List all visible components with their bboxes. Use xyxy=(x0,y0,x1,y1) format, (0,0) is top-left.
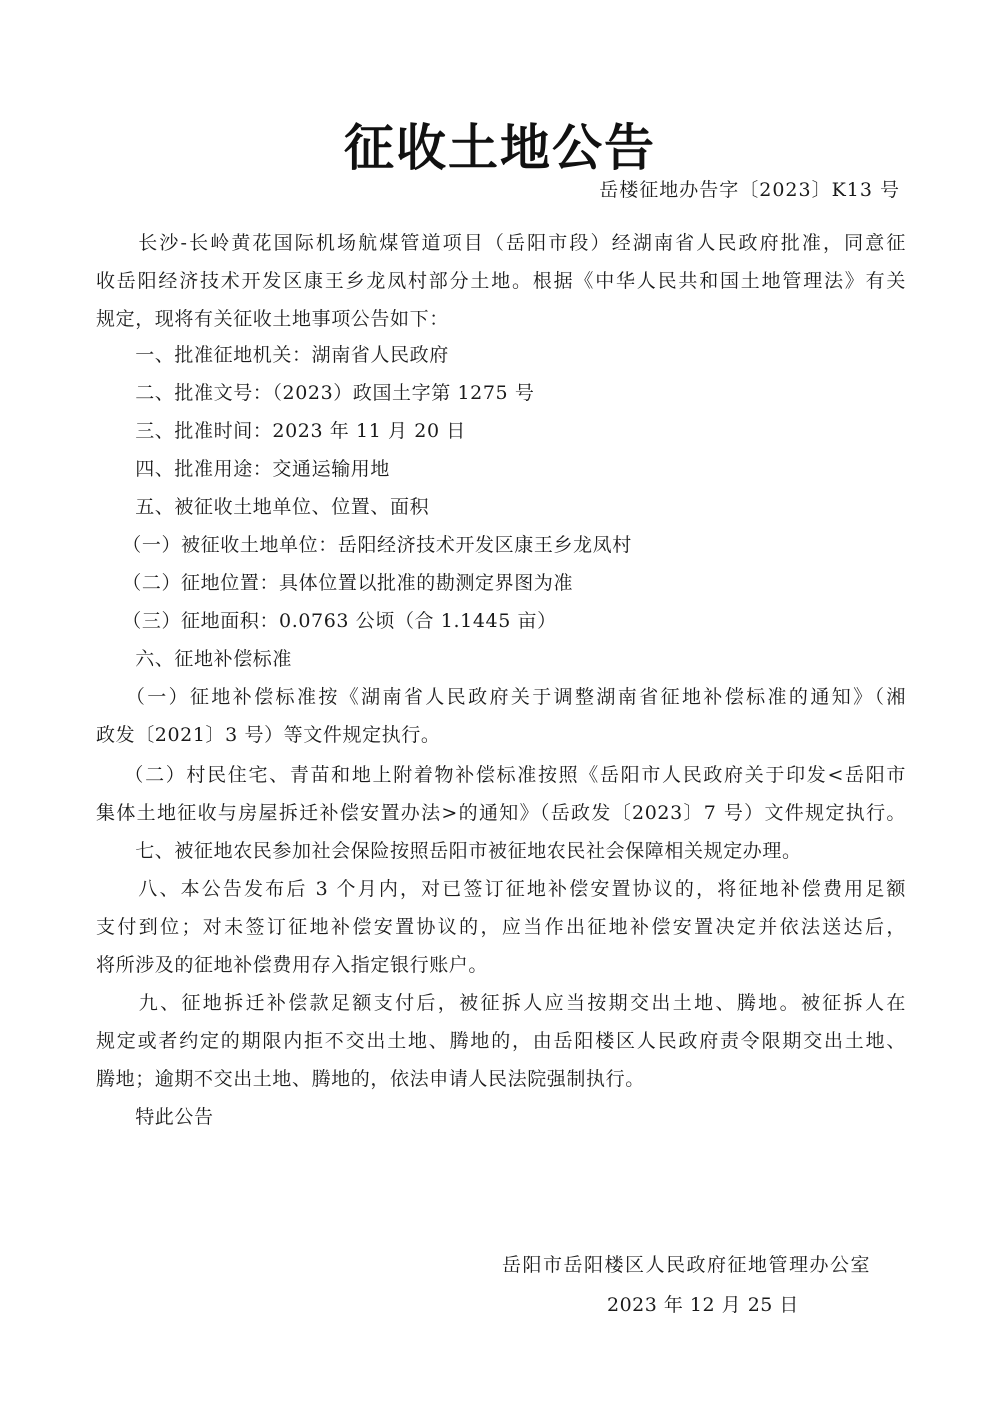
page-title: 征收土地公告 xyxy=(0,116,1000,180)
item-approval-number: 二、批准文号：（2023）政国土字第 1275 号 xyxy=(96,379,535,407)
body-line: 将所涉及的征地补偿费用存入指定银行账户。 xyxy=(96,951,488,979)
body-line: 长沙-长岭黄花国际机场航煤管道项目（岳阳市段）经湖南省人民政府批准，同意征 xyxy=(96,229,906,257)
body-line: 规定，现将有关征收土地事项公告如下： xyxy=(96,305,449,333)
item-approval-use: 四、批准用途：交通运输用地 xyxy=(96,455,390,483)
body-line: 八、本公告发布后 3 个月内，对已签订征地补偿安置协议的，将征地补偿费用足额 xyxy=(96,875,906,903)
body-line: 政发〔2021〕3 号）等文件规定执行。 xyxy=(96,721,440,749)
body-line: （一）征地补偿标准按《湖南省人民政府关于调整湖南省征地补偿标准的通知》（湘 xyxy=(96,683,906,711)
body-line: 九、征地拆迁补偿款足额支付后，被征拆人应当按期交出土地、腾地。被征拆人在 xyxy=(96,989,906,1017)
body-line: 腾地；逾期不交出土地、腾地的，依法申请人民法院强制执行。 xyxy=(96,1065,645,1093)
item-land-location: （二）征地位置：具体位置以批准的勘测定界图为准 xyxy=(96,569,573,597)
signature-date: 2023 年 12 月 25 日 xyxy=(607,1291,799,1319)
body-line: 规定或者约定的期限内拒不交出土地、腾地的，由岳阳楼区人民政府责令限期交出土地、 xyxy=(96,1027,906,1055)
item-compensation-heading: 六、征地补偿标准 xyxy=(96,645,292,673)
body-line: 收岳阳经济技术开发区康王乡龙凤村部分土地。根据《中华人民共和国土地管理法》有关 xyxy=(96,267,906,295)
body-line: （二）村民住宅、青苗和地上附着物补偿标准按照《岳阳市人民政府关于印发<岳阳市 xyxy=(96,761,906,789)
item-land-info-heading: 五、被征收土地单位、位置、面积 xyxy=(96,493,429,521)
body-line: 支付到位；对未签订征地补偿安置协议的，应当作出征地补偿安置决定并依法送达后， xyxy=(96,913,906,941)
body-line: 集体土地征收与房屋拆迁补偿安置办法>的通知》（岳政发〔2023〕7 号）文件规定… xyxy=(96,799,906,827)
item-approval-date: 三、批准时间：2023 年 11 月 20 日 xyxy=(96,417,466,445)
signature-organization: 岳阳市岳阳楼区人民政府征地管理办公室 xyxy=(502,1251,871,1279)
item-land-unit: （一）被征收土地单位：岳阳经济技术开发区康王乡龙凤村 xyxy=(96,531,632,559)
document-number: 岳楼征地办告字〔2023〕K13 号 xyxy=(599,176,900,204)
closing-line: 特此公告 xyxy=(96,1103,214,1131)
item-land-area: （三）征地面积：0.0763 公顷（合 1.1445 亩） xyxy=(96,607,557,635)
item-social-insurance: 七、被征地农民参加社会保险按照岳阳市被征地农民社会保障相关规定办理。 xyxy=(96,837,802,865)
item-approval-authority: 一、批准征地机关：湖南省人民政府 xyxy=(96,341,449,369)
